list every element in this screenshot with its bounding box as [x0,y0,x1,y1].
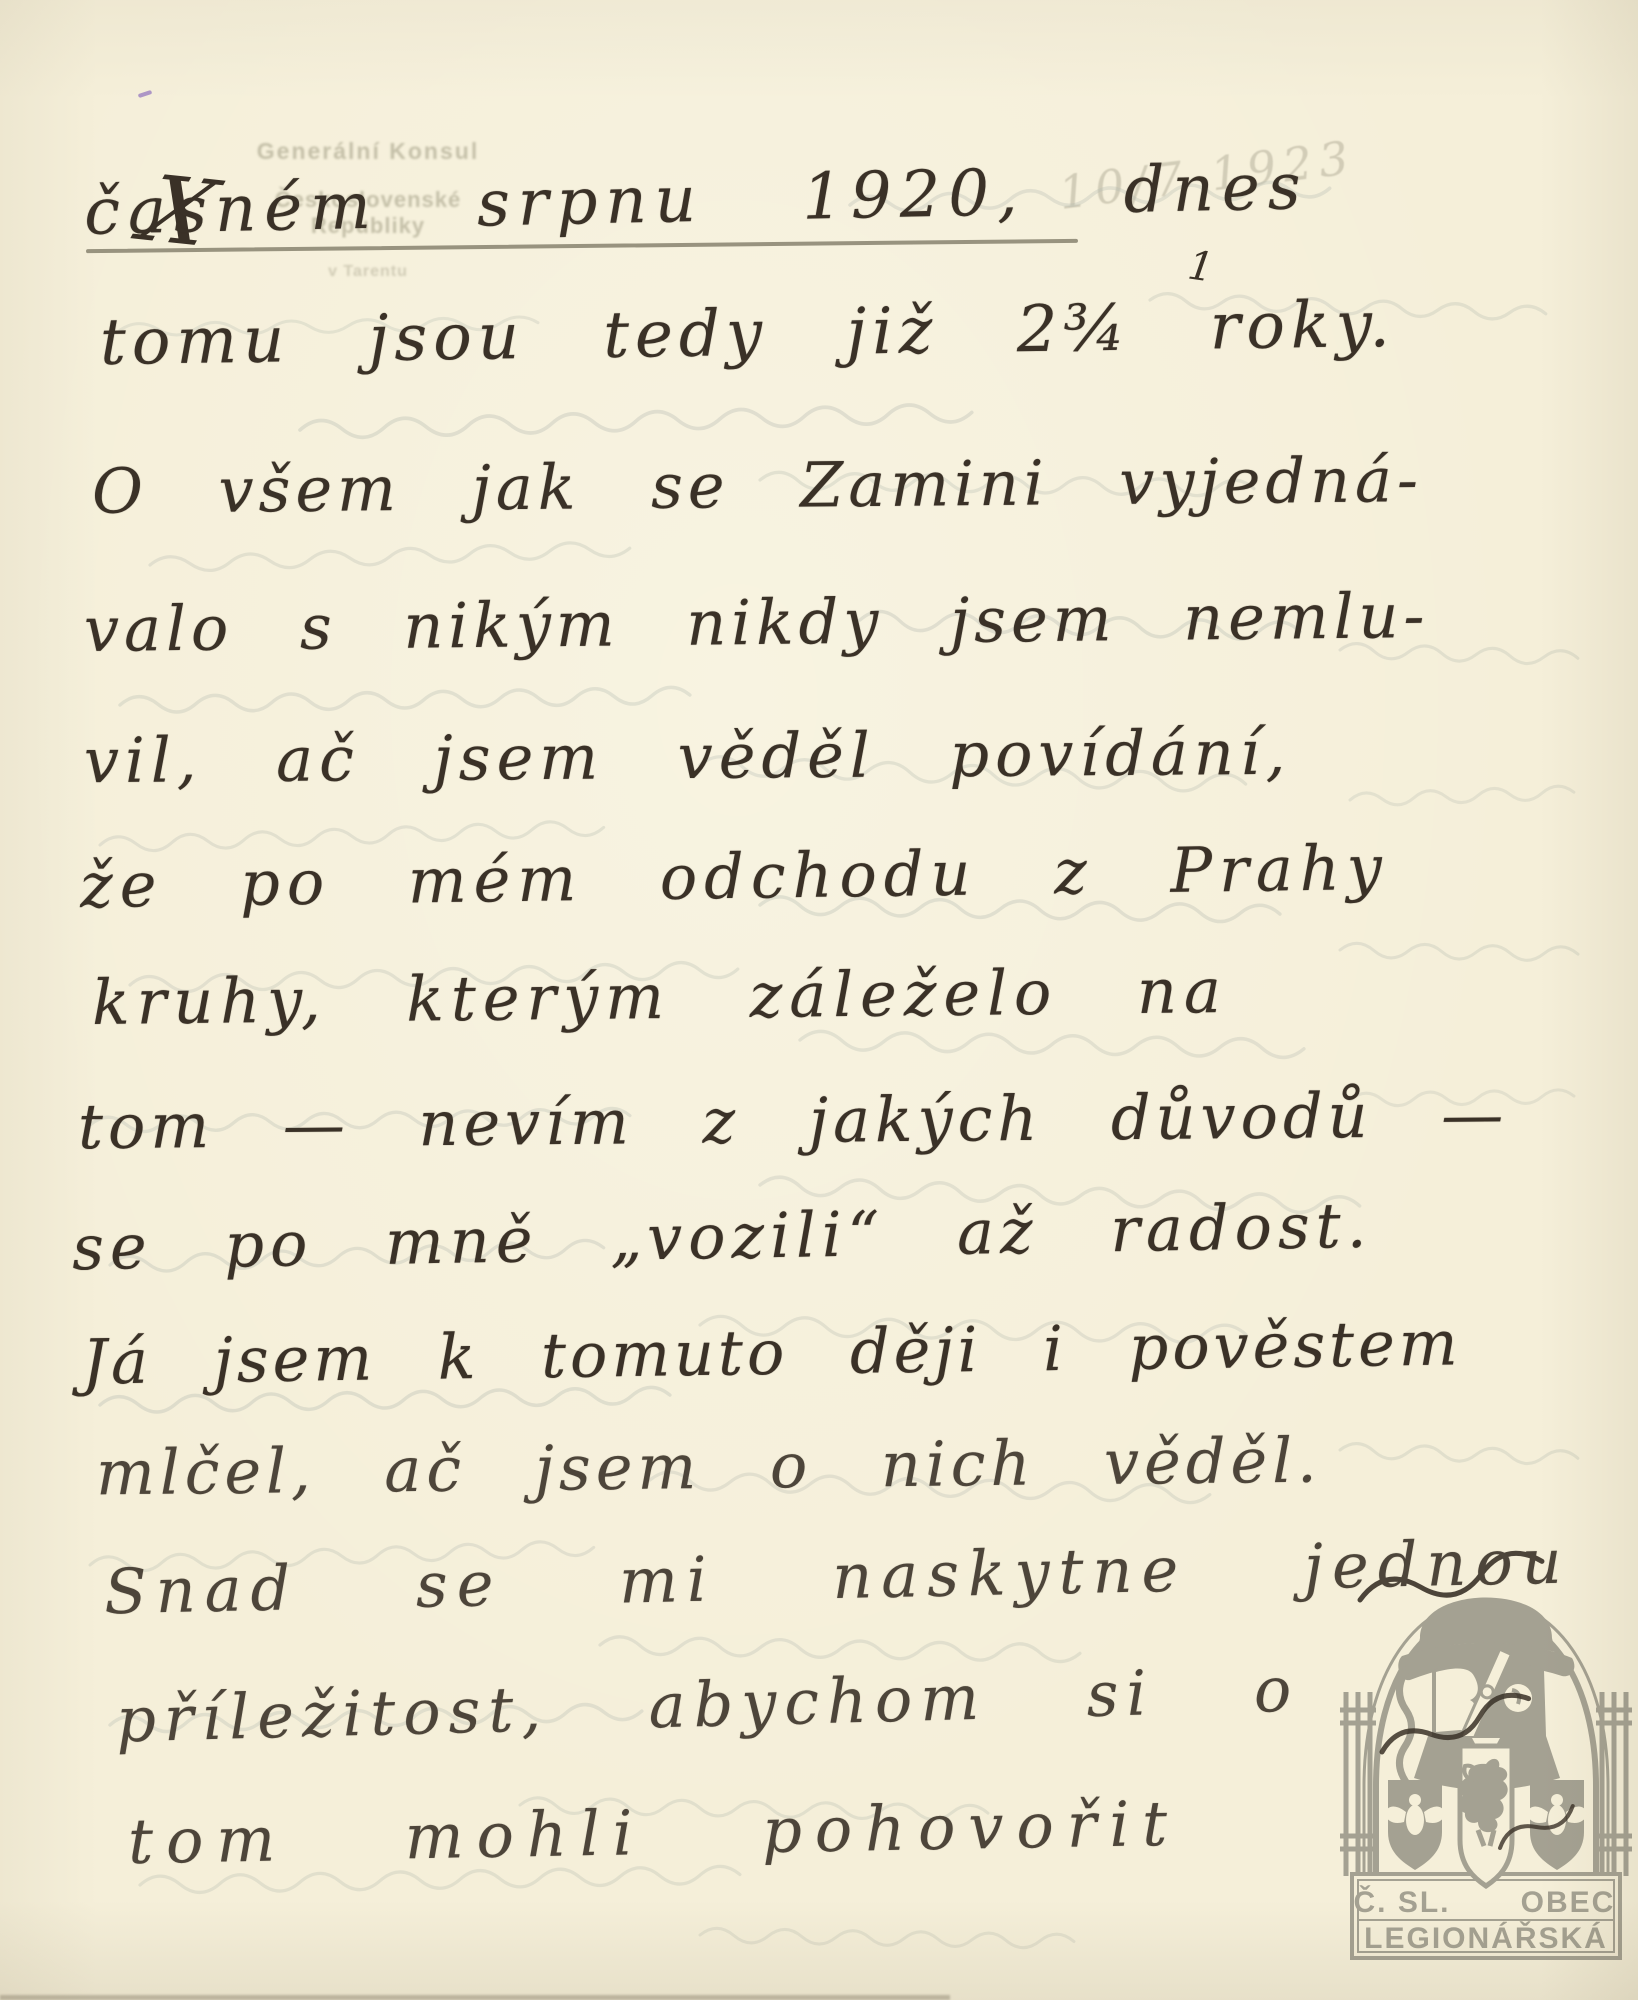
handwritten-line-7: kruhy, kterým záleželo na [92,960,1228,1034]
handwritten-line-5: vil, ač jsem věděl povídání, [84,722,1292,792]
handwritten-line-8: tom — nevím z jakých důvodů — [78,1084,1509,1158]
scan-edge-shadow [0,1995,950,2000]
letter-scan-page: { "colors": { "paper": "#f5efd9", "ink":… [0,0,1638,2000]
ink-scribble-stroke [1378,1688,1532,1762]
handwritten-line-11: mlčel, ač jsem o nich věděl. [96,1430,1322,1505]
handwritten-line-4: valo s nikým nikdy jsem nemlu- [84,585,1430,661]
handwritten-line-10: Já jsem k tomuto ději i pověstem [82,1312,1462,1393]
handwritten-line-2: tomu jsou tedy již 2¾ roky. [100,293,1396,375]
handwritten-line-14: tom mohli pohovořit [128,1793,1181,1873]
handwritten-line-3: O všem jak se Zamini vyjedná- [92,449,1423,523]
handwritten-line-6: že po mém odchodu z Prahy [80,837,1389,917]
ink-scribble-stroke [1496,1798,1578,1856]
